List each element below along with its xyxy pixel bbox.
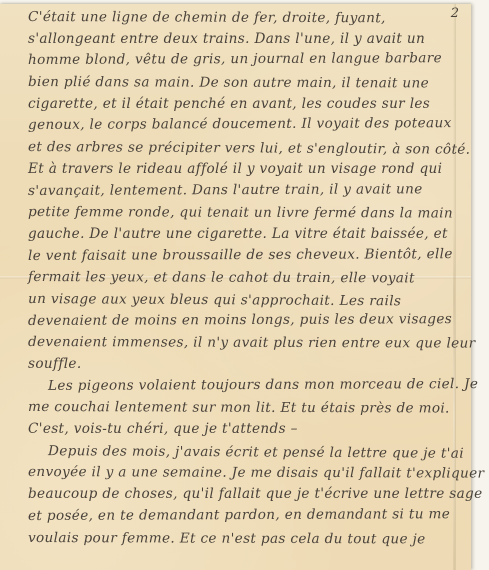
manuscript-line: souffle.	[28, 354, 453, 376]
manuscript-text: C'était une ligne de chemin de fer, droi…	[28, 7, 453, 549]
manuscript-page: 2 C'était une ligne de chemin de fer, dr…	[0, 4, 471, 570]
manuscript-line: voulais pour femme. Et ce n'est pas cela…	[28, 528, 453, 551]
manuscript-line: cigarette, et il était penché en avant, …	[28, 94, 453, 116]
manuscript-line: petite femme ronde, qui tenait un livre …	[28, 202, 453, 225]
manuscript-line: devenaient de moins en moins longs, puis…	[28, 309, 453, 333]
manuscript-line: et posée, en te demandant pardon, en dem…	[28, 504, 453, 528]
manuscript-line: gauche. De l'autre une cigarette. La vit…	[28, 224, 453, 246]
scanned-letter-photo: 2 C'était une ligne de chemin de fer, dr…	[0, 0, 489, 570]
manuscript-line: bien plié dans sa main. De son autre mai…	[28, 72, 453, 95]
manuscript-line: s'avançait, lentement. Dans l'autre trai…	[28, 179, 453, 203]
manuscript-line: Et à travers le rideau affolé il y voyai…	[28, 159, 453, 181]
manuscript-line: le vent faisait une broussaille de ses c…	[28, 244, 453, 268]
manuscript-line: C'était une ligne de chemin de fer, droi…	[28, 7, 453, 30]
manuscript-line: s'allongeant entre deux trains. Dans l'u…	[28, 29, 453, 51]
manuscript-line: me couchai lentement sur mon lit. Et tu …	[28, 397, 453, 420]
manuscript-line: devenaient immenses, il n'y avait plus r…	[28, 332, 453, 355]
manuscript-line: C'est, vois-tu chéri, que je t'attends –	[28, 419, 453, 441]
manuscript-line: et des arbres se précipiter vers lui, et…	[28, 137, 453, 161]
manuscript-line: homme blond, vêtu de gris, un journal en…	[28, 49, 453, 73]
manuscript-line: beaucoup de choses, qu'il fallait que je…	[28, 484, 453, 506]
manuscript-line: genoux, le corps balancé doucement. Il v…	[28, 114, 453, 138]
manuscript-line: fermait les yeux, et dans le cahot du tr…	[28, 267, 453, 290]
manuscript-line: envoyée il y a une semaine. Je me disais…	[28, 462, 453, 485]
manuscript-line: Les pigeons volaient toujours dans mon m…	[28, 374, 453, 398]
